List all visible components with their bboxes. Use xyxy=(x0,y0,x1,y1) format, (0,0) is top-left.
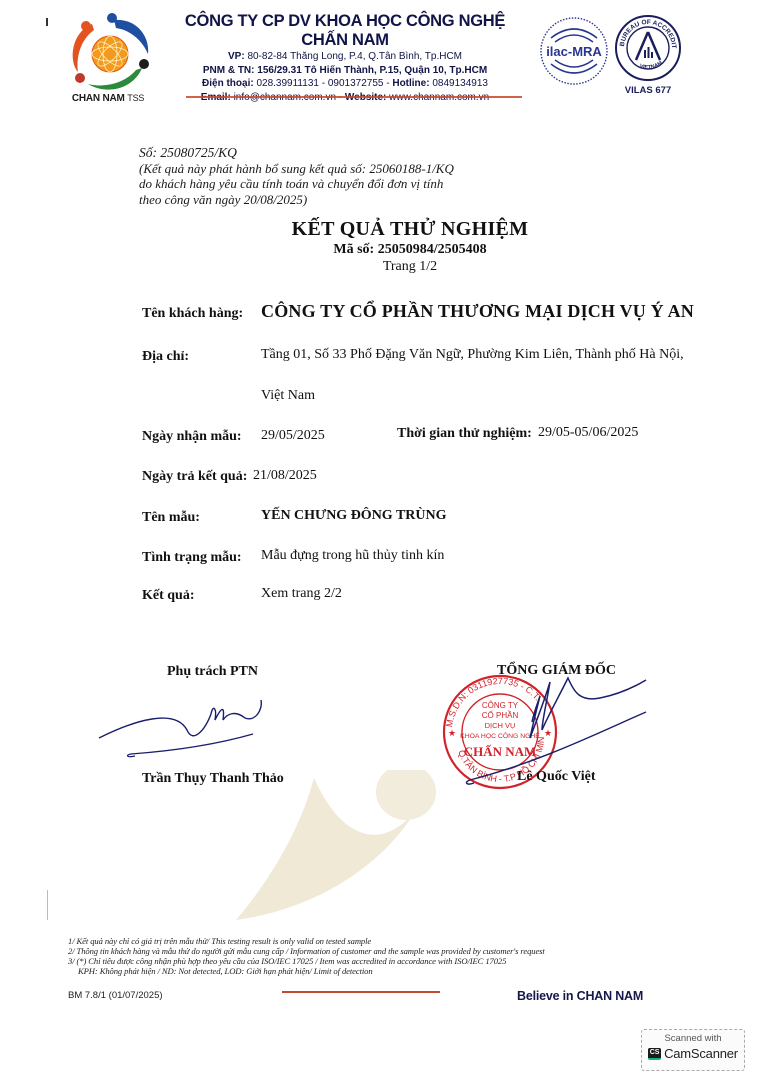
logo-caption-main: CHAN NAM xyxy=(72,93,125,104)
phone-number: 028.39911131 - 0901372755 xyxy=(256,78,383,89)
camscanner-logo-icon: CS xyxy=(648,1048,661,1060)
customer-label: Tên khách hàng: xyxy=(142,306,243,322)
header-divider xyxy=(186,96,522,98)
ilac-mra-logo: ilac-MRA xyxy=(535,12,613,90)
reference-note-2: do khách hàng yêu cầu tính toán và chuyể… xyxy=(139,176,454,192)
ilac-mra-icon: ilac-MRA xyxy=(535,12,613,90)
chan-nam-logo-icon xyxy=(64,10,156,100)
received-date-value: 29/05/2025 xyxy=(261,428,325,444)
boa-accreditation-icon: BUREAU OF ACCREDITATION VIETNAM xyxy=(612,12,684,84)
ilac-text: ilac-MRA xyxy=(546,44,602,59)
phone-label: Điện thoại: xyxy=(202,78,254,89)
scan-artifact xyxy=(47,890,48,920)
received-date-label: Ngày nhận mẫu: xyxy=(142,429,242,445)
camscanner-caption: Scanned with xyxy=(642,1033,744,1044)
footnote-4: KPH: Không phát hiện / ND: Not detected,… xyxy=(68,966,545,976)
lab-head-name: Trần Thụy Thanh Thảo xyxy=(142,771,284,787)
lab-address: 156/29.31 Tô Hiến Thành, P.15, Quận 10, … xyxy=(257,65,487,76)
office-address-line: VP: 80-82-84 Thăng Long, P.4, Q.Tân Bình… xyxy=(160,50,530,64)
scan-artifact xyxy=(46,18,48,26)
footnote-2: 2/ Thông tin khách hàng và mẫu thử do ng… xyxy=(68,946,545,956)
reference-block: Số: 25080725/KQ (Kết quả này phát hành b… xyxy=(139,145,454,207)
footnote-3: 3/ (*) Chỉ tiêu được công nhận phù hợp t… xyxy=(68,956,545,966)
test-period-value: 29/05-05/06/2025 xyxy=(538,425,638,441)
company-slogan: Believe in CHAN NAM xyxy=(517,989,643,1003)
address-line-2: Việt Nam xyxy=(261,388,315,404)
office-address: 80-82-84 Thăng Long, P.4, Q.Tân Bình, Tp… xyxy=(247,51,462,62)
footnote-1: 1/ Kết quả này chỉ có giá trị trên mẫu t… xyxy=(68,936,545,946)
camscanner-brand: CamScanner xyxy=(664,1046,738,1061)
boa-vietnam-logo: BUREAU OF ACCREDITATION VIETNAM xyxy=(612,12,684,84)
address-label: Địa chỉ: xyxy=(142,349,189,365)
result-label: Kết quả: xyxy=(142,588,195,604)
report-code: Mã số: 25050984/2505408 xyxy=(230,242,590,258)
ceo-name: Lê Quốc Việt xyxy=(517,769,596,785)
lab-head-signature xyxy=(95,690,265,770)
customer-value: CÔNG TY CỔ PHẦN THƯƠNG MẠI DỊCH VỤ Ý AN xyxy=(261,301,694,322)
company-logo xyxy=(64,10,156,100)
page-indicator: Trang 1/2 xyxy=(230,259,590,275)
company-info: CÔNG TY CP DV KHOA HỌC CÔNG NGHỆ CHẤN NA… xyxy=(160,12,530,104)
hotline-number: 0849134913 xyxy=(432,78,488,89)
sample-condition-value: Mẫu đựng trong hũ thủy tinh kín xyxy=(261,548,444,564)
test-period-label: Thời gian thử nghiệm: xyxy=(397,426,532,442)
footer-divider xyxy=(282,991,440,993)
reference-note-3: theo công văn ngày 20/08/2025) xyxy=(139,192,454,208)
logo-caption: CHAN NAM TSS xyxy=(58,93,158,104)
office-label: VP: xyxy=(228,51,245,62)
address-line-1: Tầng 01, Số 33 Phố Đặng Văn Ngữ, Phường … xyxy=(261,347,684,363)
vilas-code: VILAS 677 xyxy=(612,85,684,96)
footnotes: 1/ Kết quả này chỉ có giá trị trên mẫu t… xyxy=(68,936,545,976)
logo-caption-suffix: TSS xyxy=(127,93,144,103)
background-watermark xyxy=(230,770,530,930)
sample-name-label: Tên mẫu: xyxy=(142,510,200,526)
company-name: CÔNG TY CP DV KHOA HỌC CÔNG NGHỆ CHẤN NA… xyxy=(160,12,530,50)
hotline-label: Hotline: xyxy=(392,78,429,89)
camscanner-badge: Scanned with CS CamScanner xyxy=(641,1029,745,1071)
lab-head-title: Phụ trách PTN xyxy=(167,664,258,680)
report-title: KẾT QUẢ THỬ NGHIỆM xyxy=(230,218,590,241)
form-code: BM 7.8/1 (01/07/2025) xyxy=(68,990,163,1001)
reference-note-1: (Kết quả này phát hành bổ sung kết quả s… xyxy=(139,161,454,177)
phone-line: Điện thoại: 028.39911131 - 0901372755 - … xyxy=(160,77,530,91)
sample-name-value: YẾN CHƯNG ĐÔNG TRÙNG xyxy=(261,508,447,524)
report-number: Số: 25080725/KQ xyxy=(139,145,454,161)
return-date-label: Ngày trả kết quả: xyxy=(142,469,247,485)
sample-condition-label: Tình trạng mẫu: xyxy=(142,550,242,566)
return-date-value: 21/08/2025 xyxy=(253,468,317,484)
lab-label: PNM & TN: xyxy=(203,65,255,76)
lab-address-line: PNM & TN: 156/29.31 Tô Hiến Thành, P.15,… xyxy=(160,64,530,78)
report-title-block: KẾT QUẢ THỬ NGHIỆM Mã số: 25050984/25054… xyxy=(230,218,590,275)
watermark-swoosh-icon xyxy=(230,770,530,930)
result-value: Xem trang 2/2 xyxy=(261,586,342,602)
